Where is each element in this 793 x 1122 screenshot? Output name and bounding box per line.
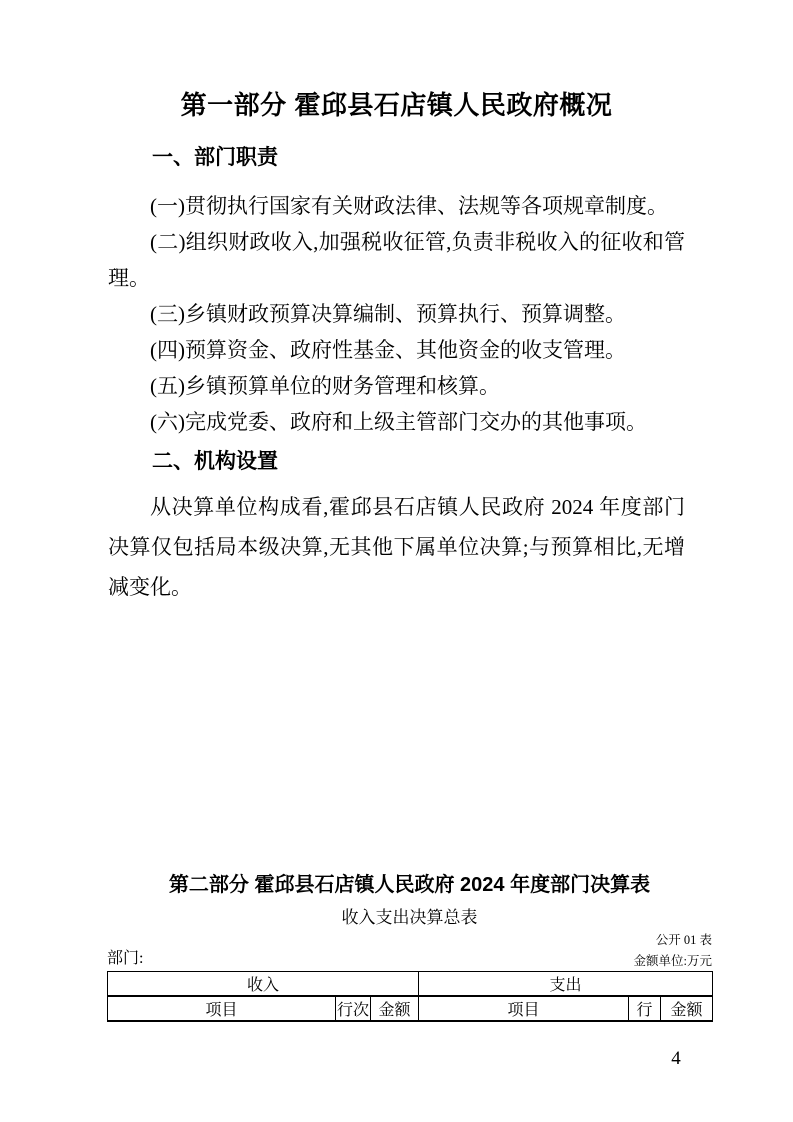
part1-overview: 第一部分 霍邱县石店镇人民政府概况 一、部门职责 (一)贯彻执行国家有关财政法律… <box>108 88 685 607</box>
organization-paragraph: 从决算单位构成看,霍邱县石店镇人民政府 2024 年度部门决算仅包括局本级决算,… <box>108 487 685 607</box>
expense-col-amount: 金额 <box>661 996 713 1021</box>
income-col-item: 项目 <box>108 996 336 1021</box>
table-title: 收入支出决算总表 <box>107 906 712 930</box>
duty-item-3: (三)乡镇财政预算决算编制、预算执行、预算调整。 <box>108 296 685 332</box>
duty-item-1: (一)贯彻执行国家有关财政法律、法规等各项规章制度。 <box>108 188 685 224</box>
table-meta-row: 部门: 金额单位:万元 <box>107 949 712 969</box>
part2-title: 第二部分 霍邱县石店镇人民政府 2024 年度部门决算表 <box>107 872 712 898</box>
table-code-label: 公开 01 表 <box>107 933 712 947</box>
income-col-rownum: 行次 <box>336 996 371 1021</box>
section1-heading: 一、部门职责 <box>108 144 685 172</box>
income-group-header: 收入 <box>108 972 419 997</box>
duty-item-6: (六)完成党委、政府和上级主管部门交办的其他事项。 <box>108 404 685 440</box>
department-label: 部门: <box>107 949 143 969</box>
expense-group-header: 支出 <box>419 972 713 997</box>
page-number: 4 <box>664 1048 688 1070</box>
expense-col-item: 项目 <box>419 996 629 1021</box>
duty-item-5: (五)乡镇预算单位的财务管理和核算。 <box>108 368 685 404</box>
unit-label: 金额单位:万元 <box>634 953 712 969</box>
income-col-amount: 金额 <box>371 996 419 1021</box>
income-expense-summary-table: 收入 支出 项目 行次 金额 项目 行 金额 <box>107 971 713 1022</box>
duty-item-4: (四)预算资金、政府性基金、其他资金的收支管理。 <box>108 332 685 368</box>
part2-statements: 第二部分 霍邱县石店镇人民政府 2024 年度部门决算表 收入支出决算总表 公开… <box>107 872 712 1022</box>
table-group-header-row: 收入 支出 <box>108 972 713 997</box>
part1-title: 第一部分 霍邱县石店镇人民政府概况 <box>108 88 685 122</box>
section2-heading: 二、机构设置 <box>108 448 685 476</box>
expense-col-rownum: 行 <box>629 996 661 1021</box>
duty-item-2: (二)组织财政收入,加强税收征管,负责非税收入的征收和管理。 <box>108 224 685 296</box>
table-column-header-row: 项目 行次 金额 项目 行 金额 <box>108 996 713 1021</box>
document-page: 第一部分 霍邱县石店镇人民政府概况 一、部门职责 (一)贯彻执行国家有关财政法律… <box>0 0 793 1122</box>
